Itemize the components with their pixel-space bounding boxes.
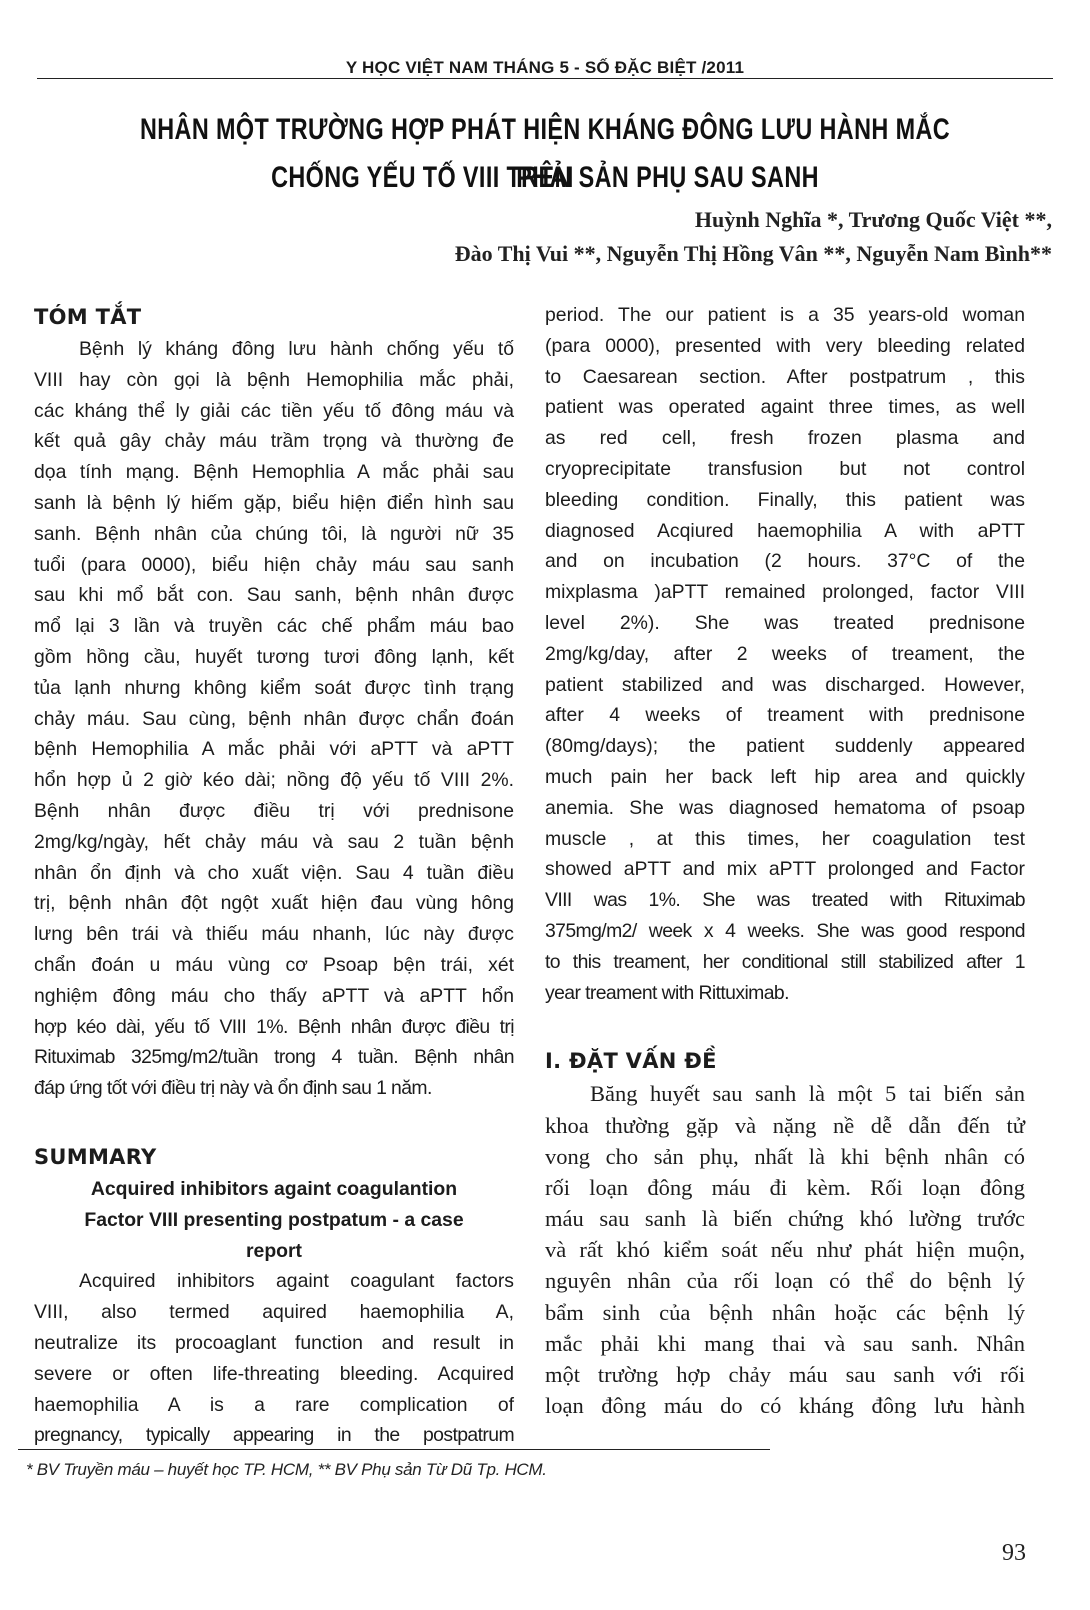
authors-line-2: Đào Thị Vui **, Nguyễn Thị Hồng Vân **, …	[455, 237, 1052, 271]
text-line: Băng huyết sau sanh là một 5 tai biến sả…	[545, 1078, 1025, 1109]
text-line: much pain her back left hip area and qui…	[545, 762, 1025, 793]
text-line: chảy máu. Sau cùng, bệnh nhân được chẩn …	[34, 704, 514, 735]
right-column: period. The our patient is a 35 years-ol…	[545, 300, 1025, 1421]
text-line: cryoprecipitate transfusion but not cont…	[545, 454, 1025, 485]
text-line: chẩn đoán u máu vùng cơ Psoap bện trái, …	[34, 950, 514, 981]
tom-tat-body: Bệnh lý kháng đông lưu hành chống yếu tố…	[34, 334, 514, 1104]
text-line: tuổi (para 0000), biểu hiện chảy máu sau…	[34, 550, 514, 581]
text-line: VIII, also termed aquired haemophilia A,	[34, 1297, 514, 1328]
text-line: patient was operated againt three times,…	[545, 392, 1025, 423]
text-line: Bệnh lý kháng đông lưu hành chống yếu tố	[34, 334, 514, 365]
text-line: year treament with Rittuximab.	[545, 978, 1025, 1009]
text-line: một trường hợp chảy máu sau sanh với rối	[545, 1359, 1025, 1390]
text-line: 2mg/kg/ngày, hết chảy máu và sau 2 tuần …	[34, 827, 514, 858]
text-line: vong cho sản phụ, nhất là khi bệnh nhân …	[545, 1141, 1025, 1172]
text-line: hổn hợp ủ 2 giờ kéo dài; nồng độ yếu tố …	[34, 765, 514, 796]
text-line: anemia. She was diagnosed hematoma of ps…	[545, 793, 1025, 824]
text-line: mixplasma )aPTT remained prolonged, fact…	[545, 577, 1025, 608]
text-line: VIII hay còn gọi là bệnh Hemophilia mắc …	[34, 365, 514, 396]
text-line: máu sau sanh là biến chứng khó lường trư…	[545, 1203, 1025, 1234]
left-column: TÓM TẮT Bệnh lý kháng đông lưu hành chốn…	[34, 300, 514, 1451]
text-line: nhân ổn định và cho xuất viện. Sau 4 tuầ…	[34, 858, 514, 889]
text-line: bleeding condition. Finally, this patien…	[545, 485, 1025, 516]
text-line: pregnancy, typically appearing in the po…	[34, 1420, 514, 1451]
text-line: and on incubation (2 hours. 37°C of the	[545, 546, 1025, 577]
text-line: muscle , at this times, her coagulation …	[545, 824, 1025, 855]
text-line: mắc phải khi mang thai và sau sanh. Nhân	[545, 1328, 1025, 1359]
text-line: sanh. Bệnh nhân của chúng tôi, là người …	[34, 519, 514, 550]
text-line: 375mg/m2/ week x 4 weeks. She was good r…	[545, 916, 1025, 947]
text-line: Bệnh nhân được điều trị với prednisone	[34, 796, 514, 827]
text-line: VIII was 1%. She was treated with Rituxi…	[545, 885, 1025, 916]
text-line: và rất khó kiểm soát nếu như phát hiện m…	[545, 1234, 1025, 1265]
text-line: 2mg/kg/day, after 2 weeks of treament, t…	[545, 639, 1025, 670]
text-line: các kháng thể ly giải các tiền yếu tố đô…	[34, 396, 514, 427]
article-title-line-2: CHỐNG YẾU TỐ VIII TRÊN SẢN PHỤ SAU SANH	[120, 154, 970, 202]
text-line: sanh là bệnh lý hiếm gặp, biểu hiện điển…	[34, 488, 514, 519]
text-line: to this treament, her conditional still …	[545, 947, 1025, 978]
page-number: 93	[1002, 1540, 1026, 1567]
text-line: khoa thường gặp và nặng nề dễ dẫn đến tử	[545, 1110, 1025, 1141]
text-line: level 2%). She was treated prednisone	[545, 608, 1025, 639]
text-line: (para 0000), presented with very bleedin…	[545, 331, 1025, 362]
running-header: Y HỌC VIỆT NAM THÁNG 5 - SỐ ĐẶC BIỆT /20…	[0, 58, 1090, 78]
text-line: hợp kéo dài, yếu tố VIII 1%. Bệnh nhân đ…	[34, 1012, 514, 1043]
text-line: rối loạn đông máu đi kèm. Rối loạn đông	[545, 1172, 1025, 1203]
text-line: đáp ứng tốt với điều trị này và ổn định …	[34, 1073, 514, 1104]
text-line: neutralize its procoaglant function and …	[34, 1328, 514, 1359]
text-line: showed aPTT and mix aPTT prolonged and F…	[545, 854, 1025, 885]
text-line: mổ lại 3 lần và truyền các chế phẩm máu …	[34, 611, 514, 642]
text-line: sau khi mổ bắt con. Sau sanh, bệnh nhân …	[34, 580, 514, 611]
summary-subtitle-line: Acquired inhibitors againt coagulantion	[34, 1174, 514, 1205]
text-line: Acquired inhibitors againt coagulant fac…	[34, 1266, 514, 1297]
text-line: period. The our patient is a 35 years-ol…	[545, 300, 1025, 331]
summary-body: Acquired inhibitors againt coagulant fac…	[34, 1266, 514, 1451]
text-line: kết quả gây chảy máu trầm trọng và thườn…	[34, 426, 514, 457]
text-line: after 4 weeks of treament with prednison…	[545, 700, 1025, 731]
summary-subtitle-line: report	[34, 1236, 514, 1267]
summary-body-continued: period. The our patient is a 35 years-ol…	[545, 300, 1025, 1008]
section-1-heading: I. ĐẶT VẤN ĐỀ	[545, 1044, 1025, 1078]
header-rule	[37, 78, 1053, 79]
footnote-rule	[18, 1449, 770, 1450]
text-line: tủa lạnh nhưng không kiểm soát được tình…	[34, 673, 514, 704]
summary-subtitle-line: Factor VIII presenting postpatum - a cas…	[34, 1205, 514, 1236]
summary-heading: SUMMARY	[34, 1140, 514, 1174]
text-line: haemophilia A is a rare complication of	[34, 1390, 514, 1421]
text-line: loạn đông máu do có kháng đông lưu hành	[545, 1390, 1025, 1421]
text-line: as red cell, fresh frozen plasma and	[545, 423, 1025, 454]
text-line: lưng bên trái và thiếu máu nhanh, lúc nà…	[34, 919, 514, 950]
text-line: dọa tính mạng. Bệnh Hemophlia A mắc phải…	[34, 457, 514, 488]
text-line: gồm hồng cầu, huyết tương tươi đông lạnh…	[34, 642, 514, 673]
text-line: to Caesarean section. After postpatrum ,…	[545, 362, 1025, 393]
text-line: bệnh Hemophilia A mắc phải với aPTT và a…	[34, 734, 514, 765]
authors-line-1: Huỳnh Nghĩa *, Trương Quốc Việt **,	[695, 203, 1052, 237]
footnote-affiliations: * BV Truyền máu – huyết học TP. HCM, ** …	[26, 1460, 547, 1480]
section-1-body: Băng huyết sau sanh là một 5 tai biến sả…	[545, 1078, 1025, 1421]
text-line: patient stabilized and was discharged. H…	[545, 670, 1025, 701]
text-line: nghiệm đông máu cho thấy aPTT và aPTT hổ…	[34, 981, 514, 1012]
text-line: bẩm sinh của bệnh nhân hoặc các bệnh lý	[545, 1297, 1025, 1328]
tom-tat-heading: TÓM TẮT	[34, 300, 514, 334]
text-line: (80mg/days); the patient suddenly appear…	[545, 731, 1025, 762]
summary-subtitle: Acquired inhibitors againt coagulantion …	[34, 1174, 514, 1266]
text-line: nguyên nhân của rối loạn có thể do bệnh …	[545, 1265, 1025, 1296]
text-line: severe or often life-threating bleeding.…	[34, 1359, 514, 1390]
text-line: trị, bệnh nhân đột ngột xuất hiện đau vù…	[34, 888, 514, 919]
text-line: diagnosed Acqiured haemophilia A with aP…	[545, 516, 1025, 547]
text-line: Rituximab 325mg/m2/tuần trong 4 tuần. Bệ…	[34, 1042, 514, 1073]
